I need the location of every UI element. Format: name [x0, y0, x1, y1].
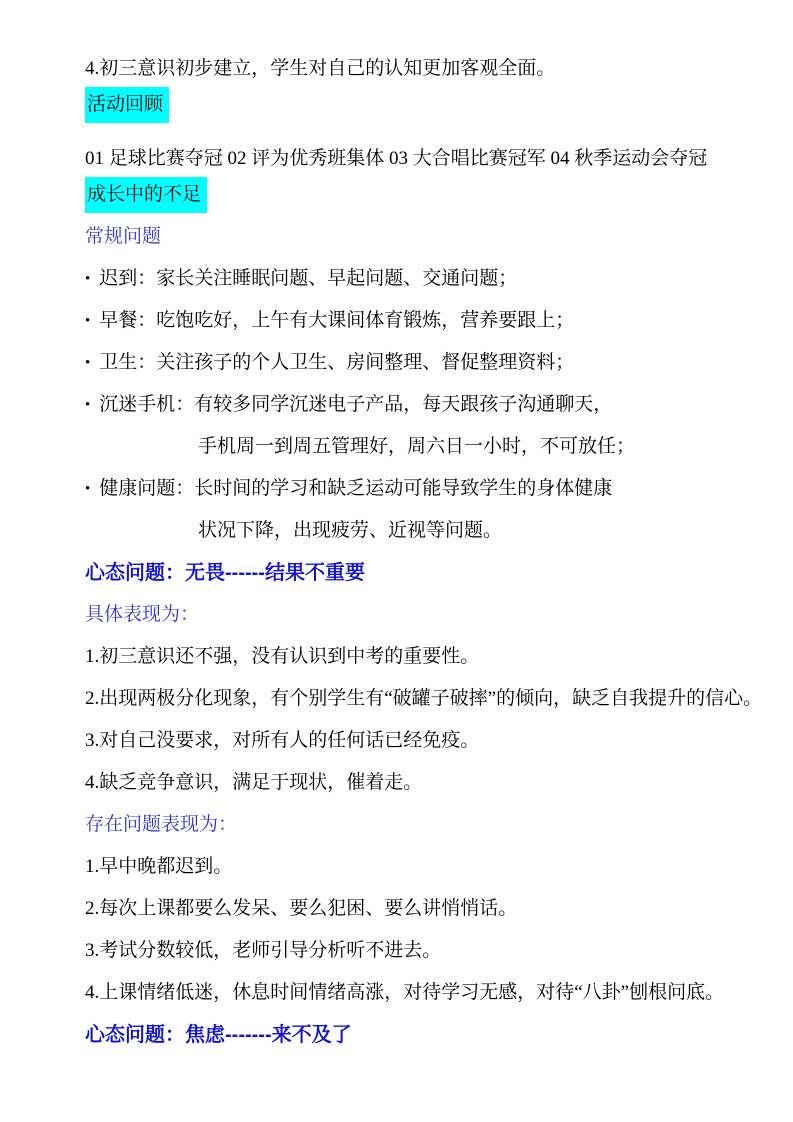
heading-mindset-fearless-text: 心态问题：无畏------结果不重要: [85, 560, 365, 586]
bullet-breakfast-text: 早餐：吃饱吃好，上午有大课间体育锻炼，营养要跟上；: [99, 308, 574, 334]
list-item-problem-3: 3.考试分数较低，老师引导分析听不进去。: [85, 930, 753, 972]
heading-specific-manifestations: 具体表现为：: [85, 594, 753, 636]
list-item-problem-4: 4.上课情绪低迷，休息时间情绪高涨，对待学习无感，对待“八卦”刨根问底。: [85, 972, 753, 1014]
heading-specific-manifestations-text: 具体表现为：: [85, 602, 199, 628]
bullet-item-hygiene: • 卫生：关注孩子的个人卫生、房间整理、督促整理资料；: [85, 342, 753, 384]
bullet-hygiene-text: 卫生：关注孩子的个人卫生、房间整理、督促整理资料；: [99, 350, 574, 376]
list-item-fearless-3: 3.对自己没要求，对所有人的任何话已经免疫。: [85, 720, 753, 762]
problem-item-2-text: 2.每次上课都要么发呆、要么犯困、要么讲悄悄话。: [85, 896, 517, 922]
problem-item-1-text: 1.早中晚都迟到。: [85, 854, 232, 880]
bullet-icon: •: [85, 350, 90, 376]
bullet-item-breakfast: • 早餐：吃饱吃好，上午有大课间体育锻炼，营养要跟上；: [85, 300, 753, 342]
achievements-text: 01 足球比赛夺冠 02 评为优秀班集体 03 大合唱比赛冠军 04 秋季运动会…: [85, 146, 707, 172]
bullet-item-phone: • 沉迷手机：有较多同学沉迷电子产品，每天跟孩子沟通聊天，: [85, 384, 753, 426]
section-growth-deficiencies: 成长中的不足: [85, 174, 753, 216]
list-item-problem-1: 1.早中晚都迟到。: [85, 846, 753, 888]
list-item-fearless-4: 4.缺乏竞争意识，满足于现状，催着走。: [85, 762, 753, 804]
problem-item-3-text: 3.考试分数较低，老师引导分析听不进去。: [85, 938, 441, 964]
heading-routine-issues-text: 常规问题: [85, 224, 161, 250]
bullet-icon: •: [85, 392, 90, 418]
bullet-item-late: • 迟到：家长关注睡眠问题、早起问题、交通问题；: [85, 258, 753, 300]
bullet-health-text-line2: 状况下降，出现疲劳、近视等问题。: [198, 518, 502, 544]
fearless-item-3-text: 3.对自己没要求，对所有人的任何话已经免疫。: [85, 728, 479, 754]
document-page: 4.初三意识初步建立，学生对自己的认知更加客观全面。 活动回顾 01 足球比赛夺…: [0, 0, 793, 1122]
section-activity-review: 活动回顾: [85, 84, 753, 126]
bullet-item-health-continuation: 状况下降，出现疲劳、近视等问题。: [85, 510, 753, 552]
list-item-fearless-1: 1.初三意识还不强，没有认识到中考的重要性。: [85, 636, 753, 678]
section-heading-growth-deficiencies: 成长中的不足: [85, 177, 207, 213]
bullet-item-health: • 健康问题：长时间的学习和缺乏运动可能导致学生的身体健康: [85, 468, 753, 510]
bullet-phone-text-line1: 沉迷手机：有较多同学沉迷电子产品，每天跟孩子沟通聊天，: [99, 392, 612, 418]
heading-mindset-fearless: 心态问题：无畏------结果不重要: [85, 552, 753, 594]
fearless-item-2-text: 2.出现两极分化现象，有个别学生有“破罐子破摔”的倾向，缺乏自我提升的信心。: [85, 686, 762, 712]
fearless-item-1-text: 1.初三意识还不强，没有认识到中考的重要性。: [85, 644, 479, 670]
bullet-phone-text-line2: 手机周一到周五管理好，周六日一小时，不可放任；: [198, 434, 635, 460]
bullet-item-phone-continuation: 手机周一到周五管理好，周六日一小时，不可放任；: [85, 426, 753, 468]
bullet-icon: •: [85, 308, 90, 334]
list-item-problem-2: 2.每次上课都要么发呆、要么犯困、要么讲悄悄话。: [85, 888, 753, 930]
section-heading-activity-review: 活动回顾: [85, 87, 169, 123]
bullet-icon: •: [85, 266, 90, 292]
bullet-health-text-line1: 健康问题：长时间的学习和缺乏运动可能导致学生的身体健康: [99, 476, 612, 502]
bullet-late-text: 迟到：家长关注睡眠问题、早起问题、交通问题；: [99, 266, 517, 292]
fearless-item-4-text: 4.缺乏竞争意识，满足于现状，催着走。: [85, 770, 422, 796]
list-item-fearless-2: 2.出现两极分化现象，有个别学生有“破罐子破摔”的倾向，缺乏自我提升的信心。: [85, 678, 753, 720]
bullet-icon: •: [85, 476, 90, 502]
heading-mindset-anxiety-text: 心态问题：焦虑-------来不及了: [85, 1022, 352, 1048]
intro-item-4-text: 4.初三意识初步建立，学生对自己的认知更加客观全面。: [85, 56, 555, 82]
heading-mindset-anxiety: 心态问题：焦虑-------来不及了: [85, 1014, 753, 1056]
heading-existing-problems: 存在问题表现为：: [85, 804, 753, 846]
heading-routine-issues: 常规问题: [85, 216, 753, 258]
heading-existing-problems-text: 存在问题表现为：: [85, 812, 237, 838]
problem-item-4-text: 4.上课情绪低迷，休息时间情绪高涨，对待学习无感，对待“八卦”刨根问底。: [85, 980, 724, 1006]
